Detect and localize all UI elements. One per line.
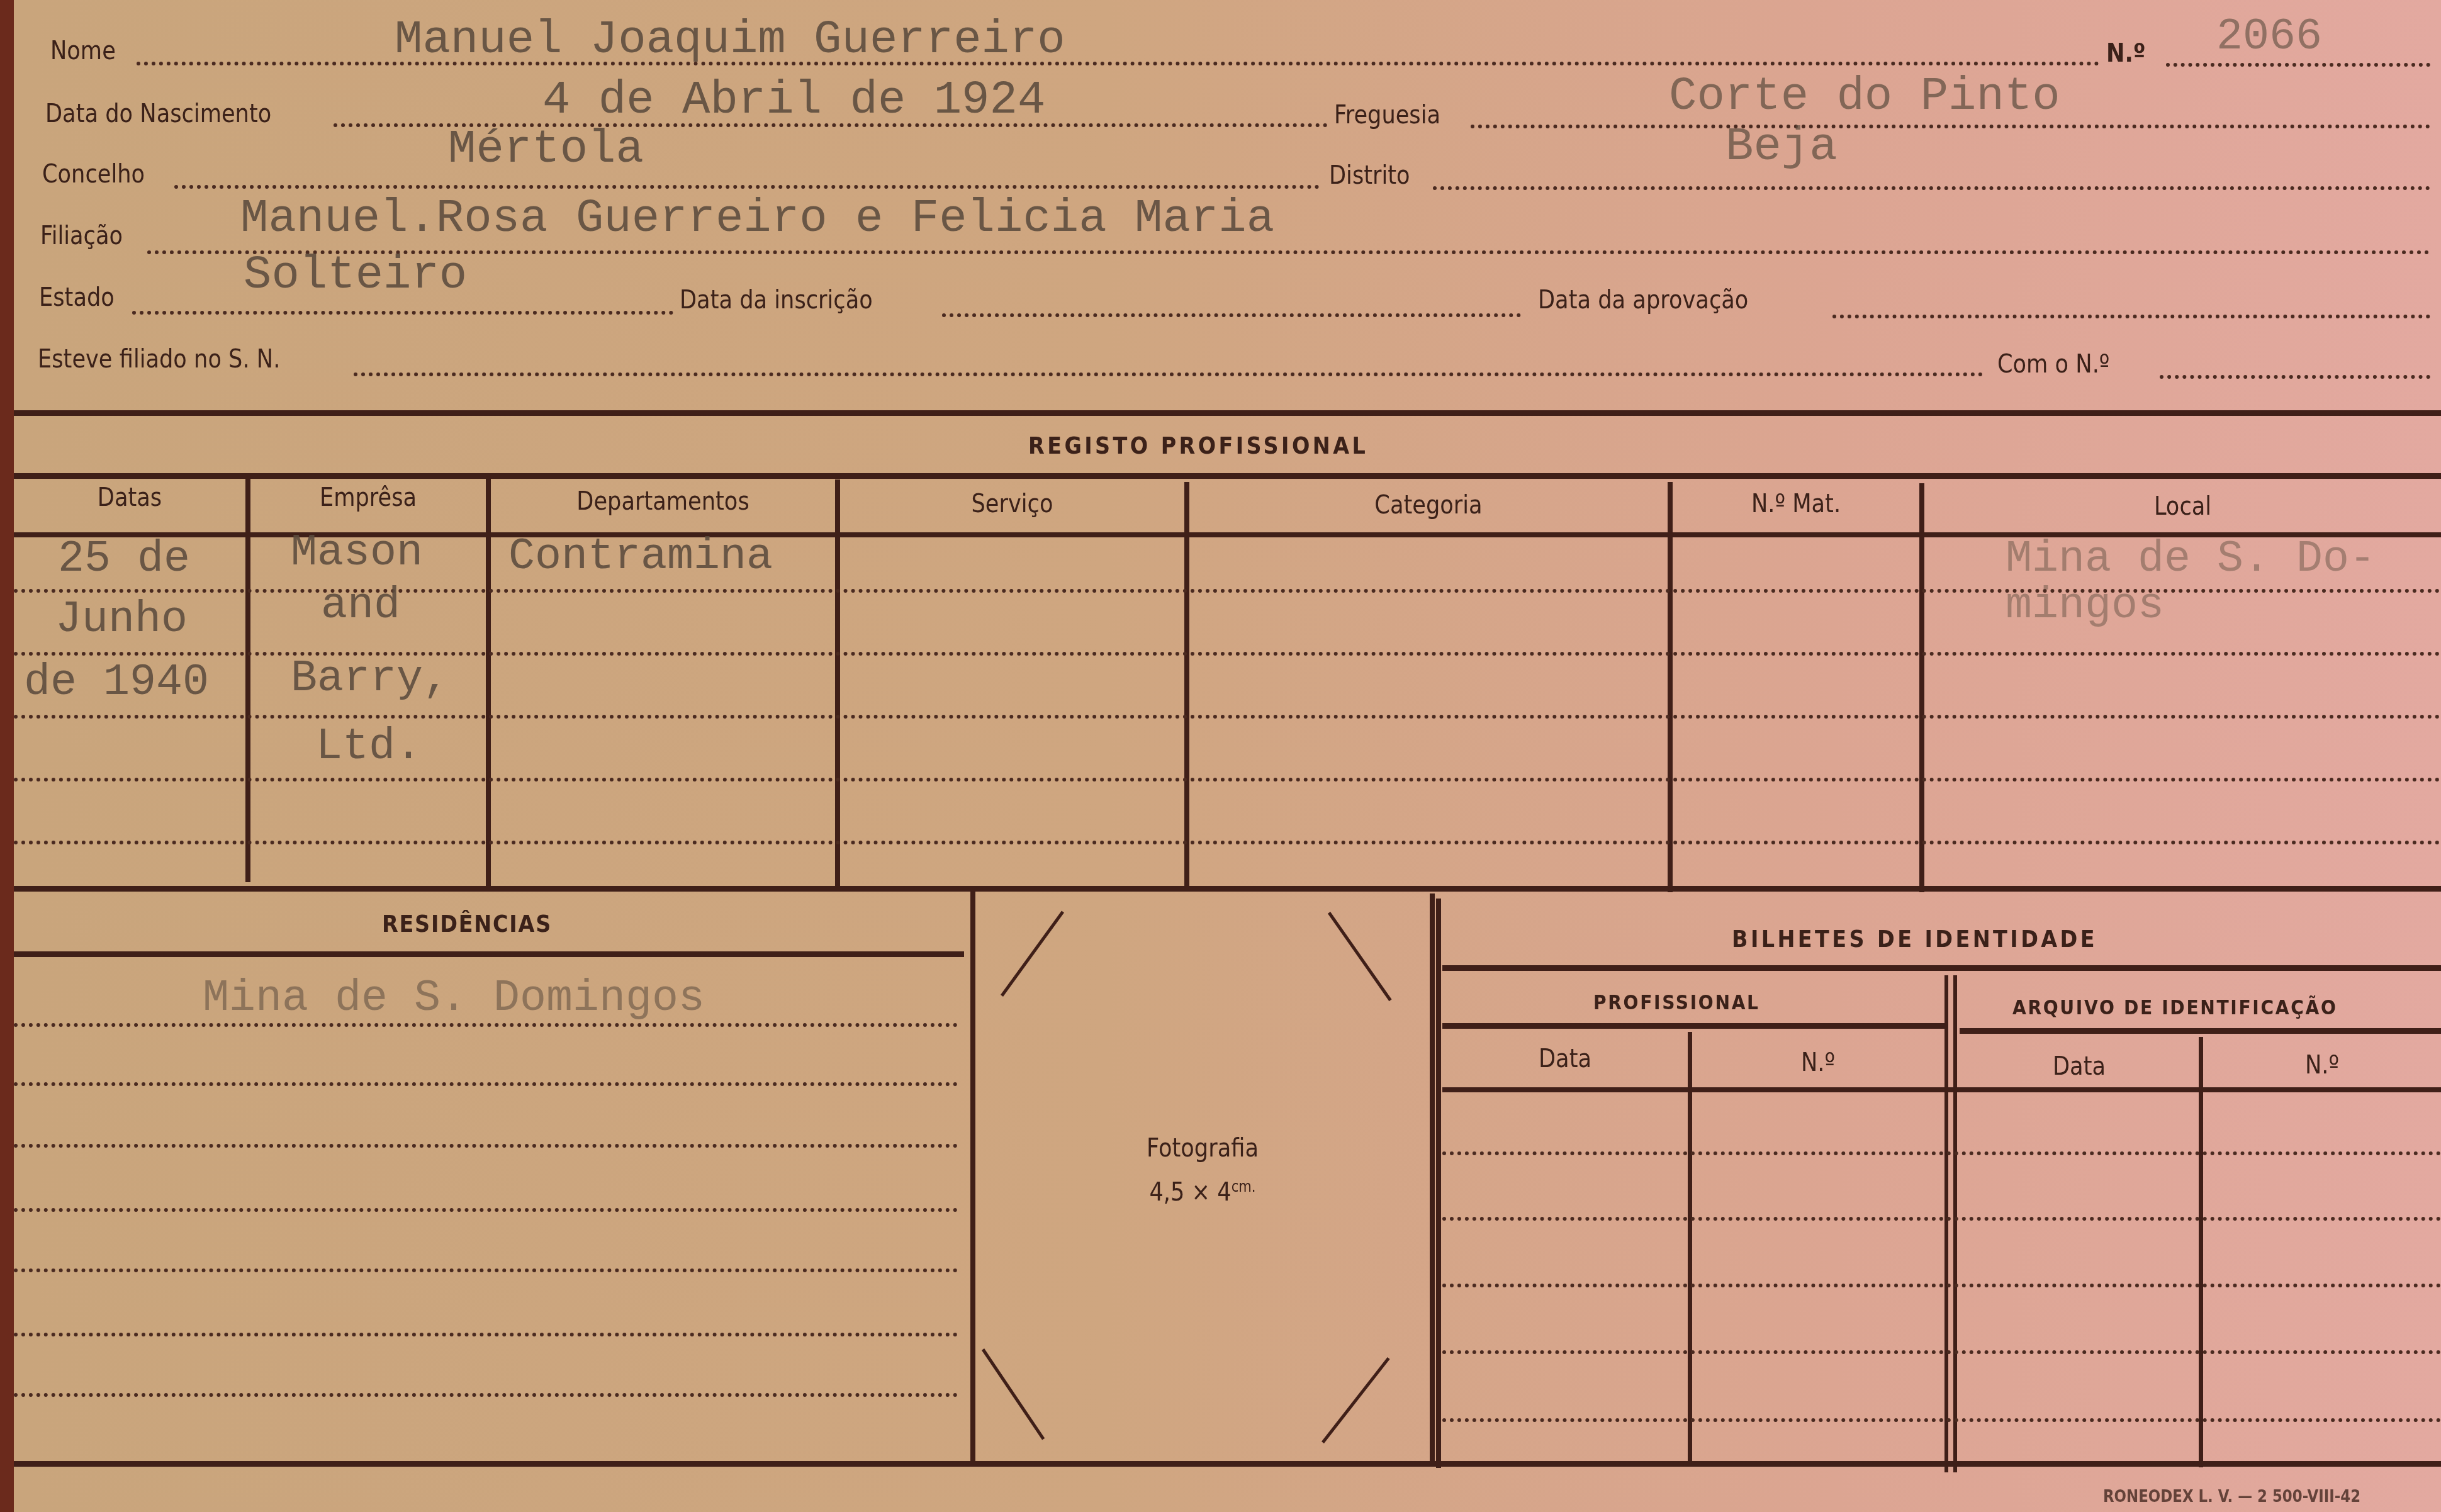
registo-title: REGISTO PROFISSIONAL xyxy=(1028,432,1368,459)
registo-bottom-rule xyxy=(14,886,2441,892)
printer-imprint: RONEODEX L. V. — 2 500-VIII-42 xyxy=(2103,1487,2360,1506)
aprovacao-label: Data da aprovação xyxy=(1538,286,1748,315)
numero-value: 2066 xyxy=(2216,13,2322,62)
numero-label: N.º xyxy=(2106,39,2146,68)
col-header-empresa: Emprêsa xyxy=(264,483,471,512)
numero-line xyxy=(2166,63,2430,67)
prof-col-divider xyxy=(1688,1032,1692,1466)
arq-col-data: Data xyxy=(1974,1052,2184,1081)
bilhetes-title: BILHETES DE IDENTIDADE xyxy=(1732,925,2097,953)
bilhetes-left-border xyxy=(1436,899,1441,1468)
residencias-title-rule xyxy=(14,951,964,957)
residencia-line xyxy=(14,1208,958,1212)
fotografia-size: 4,5 × 4cm. xyxy=(1002,1178,1402,1207)
estado-value: Solteiro xyxy=(244,249,467,302)
distrito-label: Distrito xyxy=(1329,161,1410,190)
distrito-line xyxy=(1433,186,2430,190)
empresa-line-2: and xyxy=(321,581,400,631)
datas-line-1: 25 de xyxy=(58,535,190,585)
nome-value: Manuel Joaquim Guerreiro xyxy=(395,14,1065,67)
arquivo-title: ARQUIVO DE IDENTIFICAÇÃO xyxy=(2012,995,2337,1019)
residencias-title: RESIDÊNCIAS xyxy=(382,910,552,938)
datas-line-3: de 1940 xyxy=(24,658,209,708)
local-line-1: Mina de S. Do- xyxy=(2006,535,2376,585)
row-line xyxy=(14,715,2441,719)
bilhete-row-line xyxy=(1442,1217,2441,1221)
arq-col-divider xyxy=(2199,1037,2203,1467)
freguesia-label: Freguesia xyxy=(1334,101,1440,130)
bilhete-row-line xyxy=(1442,1284,2441,1287)
concelho-value: Mértola xyxy=(448,123,644,176)
distrito-value: Beja xyxy=(1726,121,1838,174)
bilhete-row-line xyxy=(1442,1350,2441,1354)
col-header-categoria: Categoria xyxy=(1218,491,1639,520)
residencia-line xyxy=(14,1393,958,1397)
bilhete-row-line xyxy=(1442,1151,2441,1155)
photo-corner-bl xyxy=(982,1348,1045,1440)
residencia-line xyxy=(14,1082,958,1086)
inscricao-label: Data da inscrição xyxy=(680,286,873,315)
bilhete-row-line xyxy=(1442,1418,2441,1422)
col-header-mat: N.º Mat. xyxy=(1688,490,1905,518)
filiado-label: Esteve filiado no S. N. xyxy=(38,345,280,374)
com-numero-line xyxy=(2160,375,2430,379)
concelho-line xyxy=(174,185,1320,189)
empresa-line-4: Ltd. xyxy=(316,722,422,772)
nascimento-value: 4 de Abril de 1924 xyxy=(542,74,1045,127)
filiacao-line xyxy=(147,250,2430,254)
prof-col-data: Data xyxy=(1457,1044,1673,1073)
photo-corner-tl xyxy=(1001,911,1064,997)
aprovacao-line xyxy=(1832,315,2430,318)
filiacao-value: Manuel.Rosa Guerreiro e Felicia Maria xyxy=(240,193,1274,245)
photo-corner-br xyxy=(1322,1357,1390,1443)
filiacao-label: Filiação xyxy=(40,221,123,250)
concelho-label: Concelho xyxy=(42,160,145,189)
index-card: Nome Manuel Joaquim Guerreiro N.º 2066 D… xyxy=(14,0,2441,1512)
arq-col-numero: N.º xyxy=(2218,1051,2427,1080)
col-header-departamentos: Departamentos xyxy=(512,487,814,516)
residencia-line xyxy=(14,1144,958,1148)
bilhetes-divider xyxy=(1953,975,1957,1472)
fotografia-label: Fotografia xyxy=(1002,1134,1402,1163)
col-header-local: Local xyxy=(1955,492,2410,521)
row-line xyxy=(14,778,2441,781)
col-divider xyxy=(835,479,840,890)
local-line-2: mingos xyxy=(2006,581,2164,631)
empresa-line-1: Mason xyxy=(291,529,423,578)
prof-col-numero: N.º xyxy=(1707,1048,1929,1077)
com-numero-label: Com o N.º xyxy=(1997,350,2109,379)
row-line xyxy=(14,841,2441,844)
freguesia-value: Corte do Pinto xyxy=(1669,70,2060,123)
estado-label: Estado xyxy=(39,283,115,312)
freguesia-line xyxy=(1471,125,2430,128)
col-divider xyxy=(1184,482,1189,890)
card-bottom-rule xyxy=(14,1461,2441,1467)
foto-right-border xyxy=(1430,893,1435,1465)
residencia-line xyxy=(14,1268,958,1272)
fotografia-size-unit: cm. xyxy=(1232,1178,1256,1196)
residencia-line xyxy=(14,1333,958,1336)
registo-title-rule xyxy=(14,473,2441,479)
inscricao-line xyxy=(942,313,1521,317)
estado-line xyxy=(132,311,673,315)
col-header-datas: Datas xyxy=(28,483,232,512)
filiado-line xyxy=(354,372,1984,376)
residencia-entry-1: Mina de S. Domingos xyxy=(203,974,705,1024)
bilhetes-divider xyxy=(1944,975,1948,1472)
photo-corner-tr xyxy=(1328,912,1392,1001)
col-divider xyxy=(1668,482,1673,892)
foto-left-border xyxy=(970,891,975,1465)
bilhetes-title-rule xyxy=(1442,965,2441,971)
col-divider xyxy=(1919,483,1924,892)
col-divider xyxy=(486,477,491,887)
arquivo-rule xyxy=(1960,1028,2441,1034)
profissional-rule xyxy=(1442,1023,1944,1029)
fotografia-size-value: 4,5 × 4 xyxy=(1149,1178,1231,1207)
departamentos-line-1: Contramina xyxy=(508,532,773,582)
empresa-line-3: Barry, xyxy=(291,654,449,704)
nascimento-label: Data do Nascimento xyxy=(45,99,271,128)
profissional-title: PROFISSIONAL xyxy=(1593,990,1760,1014)
col-header-servico: Serviço xyxy=(861,490,1164,518)
datas-line-2: Junho xyxy=(55,595,188,645)
nome-label: Nome xyxy=(50,36,116,65)
section-rule-top xyxy=(14,410,2441,416)
bilhetes-header-rule xyxy=(1442,1087,2441,1092)
